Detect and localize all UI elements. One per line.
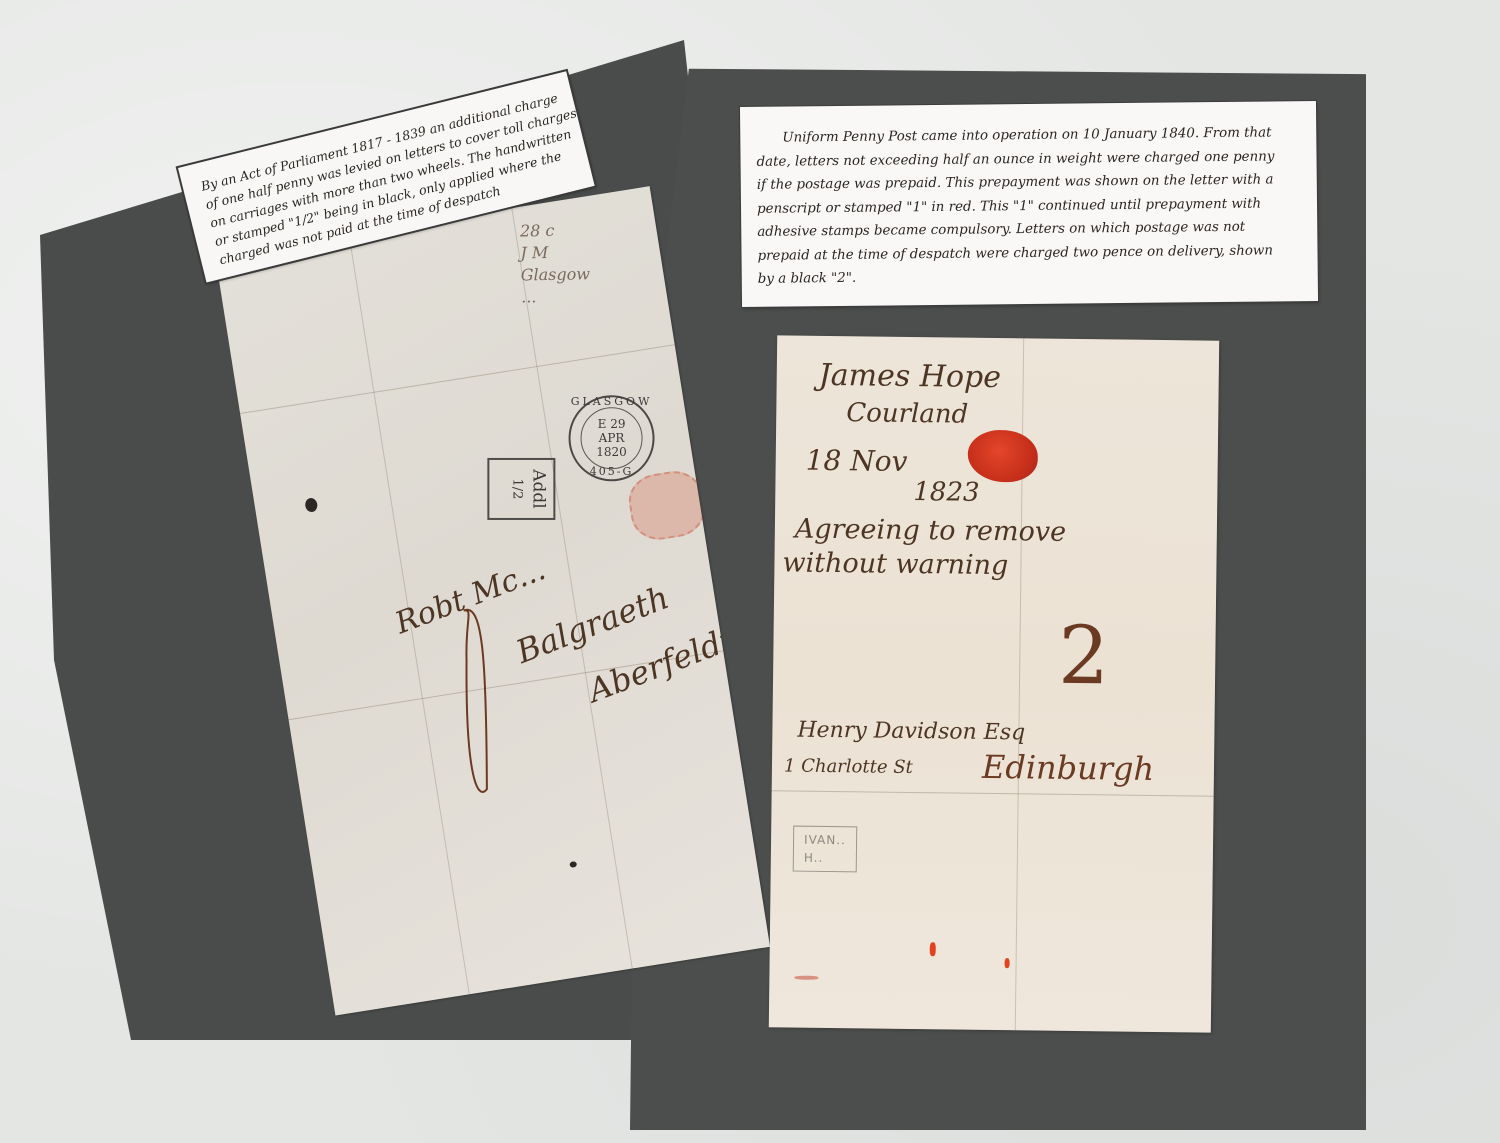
docket-note-2: without warning xyxy=(782,547,1008,581)
pen-loop-mark xyxy=(423,594,533,804)
docket-name: James Hope xyxy=(819,358,1002,395)
ink-spot xyxy=(569,861,577,868)
docket-place: Courland xyxy=(846,398,968,429)
red-fleck xyxy=(1005,958,1010,968)
glasgow-postmark: GLASGOW E 29 APR 1820 405-G xyxy=(569,395,655,481)
red-wax-seal xyxy=(967,430,1038,483)
black-2-charge-mark: 2 xyxy=(1058,609,1110,703)
right-caption-card: Uniform Penny Post came into operation o… xyxy=(740,101,1318,307)
additional-halfpenny-stamp: Addl 1/2 xyxy=(487,458,555,520)
docket-year: 1823 xyxy=(913,477,980,508)
fold-line xyxy=(772,790,1214,796)
caption-line: by a black "2". xyxy=(758,262,1306,291)
boxed-handstamp: IVAN.. H.. xyxy=(793,826,857,873)
seal-hole xyxy=(304,497,318,513)
red-fleck xyxy=(794,976,818,980)
red-fleck xyxy=(930,942,936,956)
corner-notes: 28 c J M Glasgow ... xyxy=(520,219,591,308)
address-line-3: Edinburgh xyxy=(982,748,1155,788)
docket-date: 18 Nov xyxy=(806,444,908,478)
red-octagonal-mark xyxy=(625,467,708,544)
address-line-2: 1 Charlotte St xyxy=(784,755,913,778)
address-line-1: Henry Davidson Esq xyxy=(797,718,1025,746)
docket-note-1: Agreeing to remove xyxy=(795,514,1067,548)
right-letter-1823: James Hope Courland 18 Nov 1823 Agreeing… xyxy=(769,335,1219,1032)
